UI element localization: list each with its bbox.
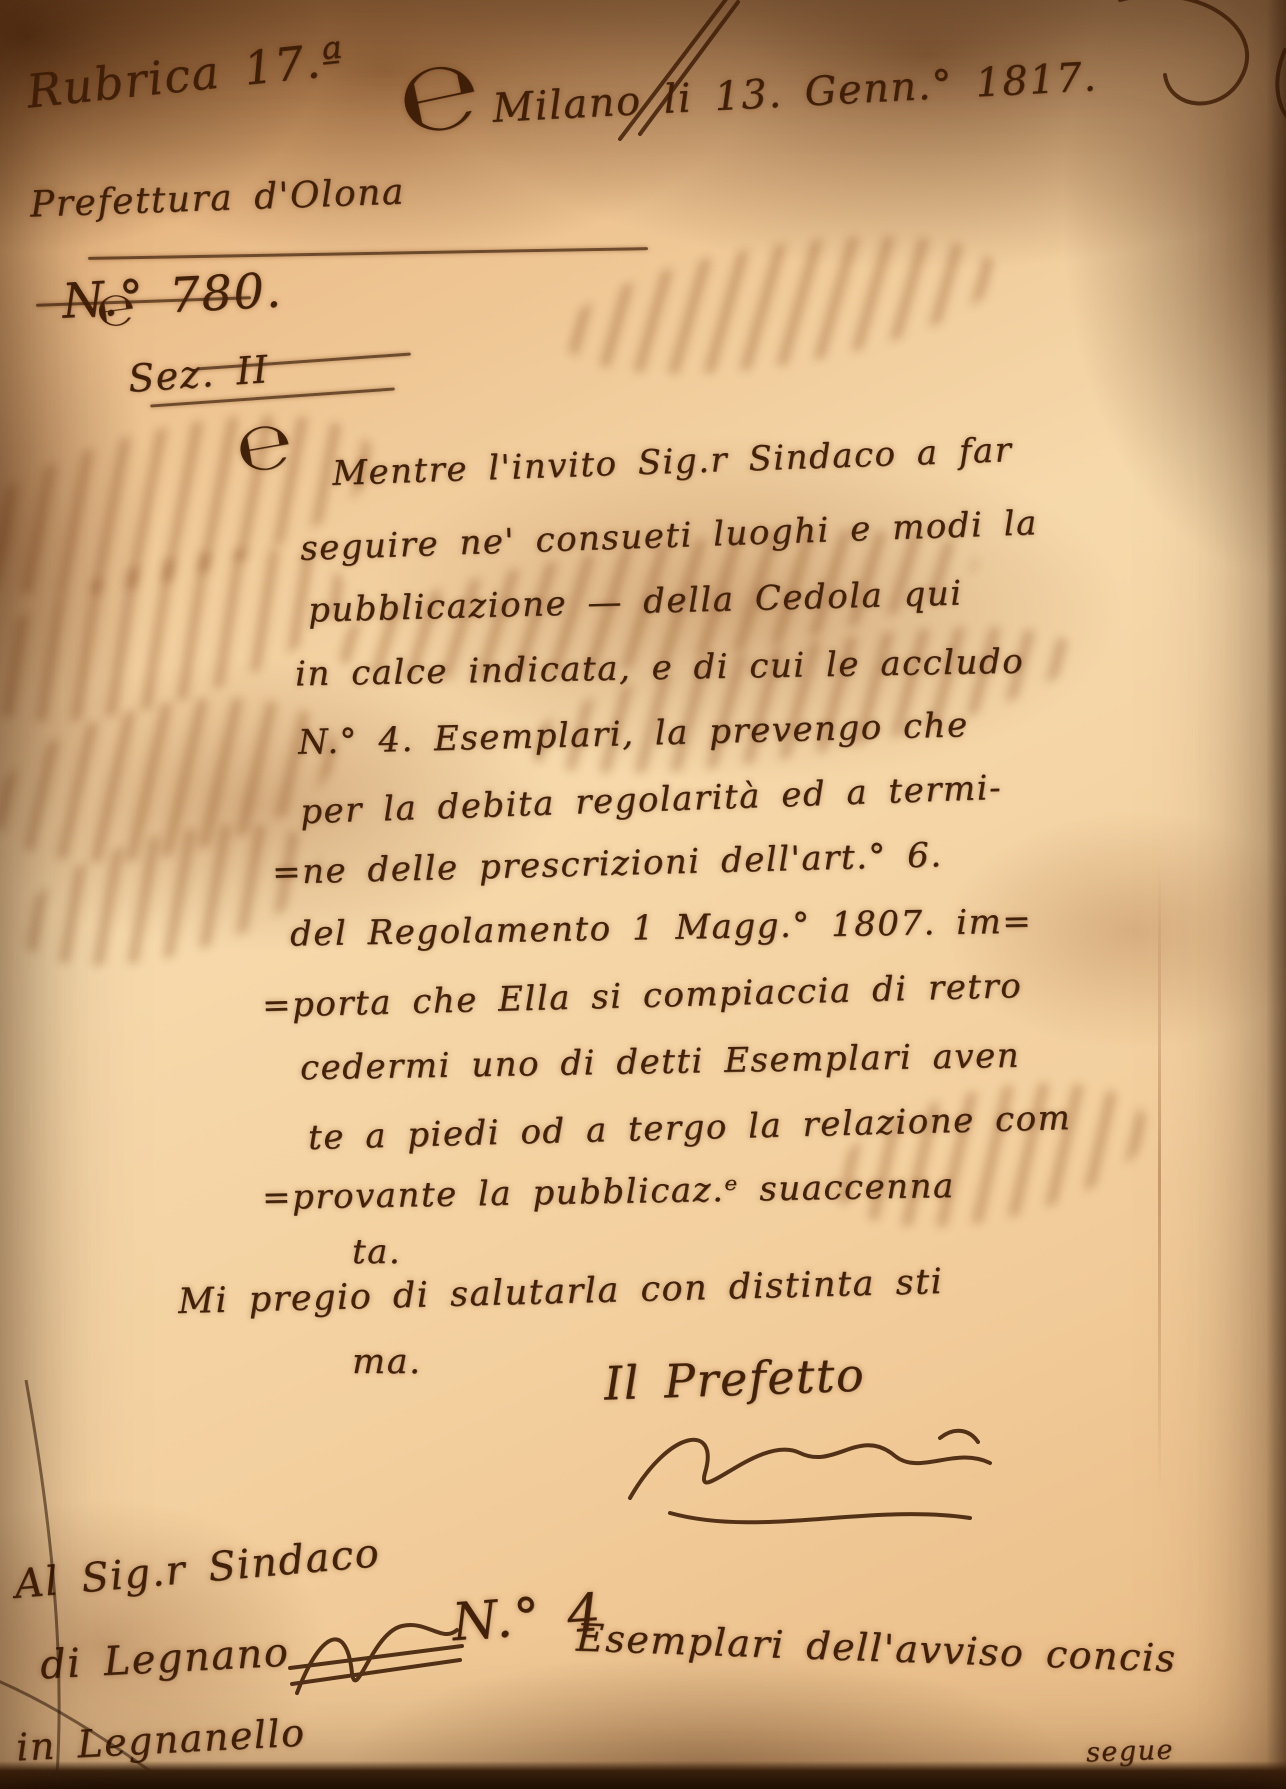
ink-bleed-smudge [5, 797, 335, 993]
body-line: =porta che Ella si compiaccia di retro [262, 966, 1023, 1026]
body-line: per la debita regolarità ed a termi- [300, 768, 1003, 832]
body-line: cedermi uno di detti Esemplari aven [300, 1036, 1021, 1089]
archival-note: Rubrica 17.ª [24, 31, 347, 118]
paraph-flourish-icon: ℮ [230, 404, 300, 490]
body-line: =provante la pubblicaz.ᵉ suaccenna [262, 1166, 955, 1218]
body-line: del Regolamento 1 Magg.° 1807. im= [290, 902, 1033, 955]
paper-edge-shadow [1266, 0, 1286, 1789]
section-label: Sez. II [127, 347, 271, 401]
closing-line: ma. [352, 1342, 422, 1382]
ink-bleed-smudge [553, 211, 1006, 398]
paper-edge-shadow [0, 1761, 1286, 1789]
corner-flourish-cutoff [1080, 0, 1286, 140]
pen-rule [88, 247, 648, 260]
struck-out-mark [282, 1598, 472, 1718]
ink-bleed-smudge [820, 1058, 1160, 1252]
prefect-signature-flourish [610, 1408, 1030, 1558]
body-line: Mentre l'invito Sig.r Sindaco a far [332, 430, 1014, 494]
paper-fold-lines [0, 1380, 216, 1789]
body-line: in calce indicata, e di cui le accludo [295, 642, 1025, 695]
body-line: N.° 4. Esemplari, la prevengo che [298, 705, 969, 763]
footer-note: Esemplari dell'avviso concis [575, 1616, 1177, 1681]
body-line: seguire ne' consueti luoghi e modi la [300, 503, 1039, 569]
manuscript-letter-page: Rubrica 17.ª ℮ Milano li 13. Genn.° 1817… [0, 0, 1286, 1789]
body-line: =ne delle prescrizioni dell'art.° 6. [272, 835, 944, 893]
body-line: pubblicazione — della Cedola qui [308, 573, 964, 630]
office-letterhead: Prefettura d'Olona [29, 171, 405, 225]
body-line: te a piedi od a tergo la relazione com [308, 1098, 1072, 1158]
closing-line: Mi pregio di salutarla con distinta sti [178, 1262, 944, 1322]
ascender-stroke-cutoff [560, 0, 740, 144]
body-line: ta. [352, 1232, 401, 1272]
paper-crease [1158, 860, 1161, 1500]
signature-title: Il Prefetto [603, 1347, 866, 1410]
paraph-flourish-icon: ℮ [387, 33, 492, 160]
